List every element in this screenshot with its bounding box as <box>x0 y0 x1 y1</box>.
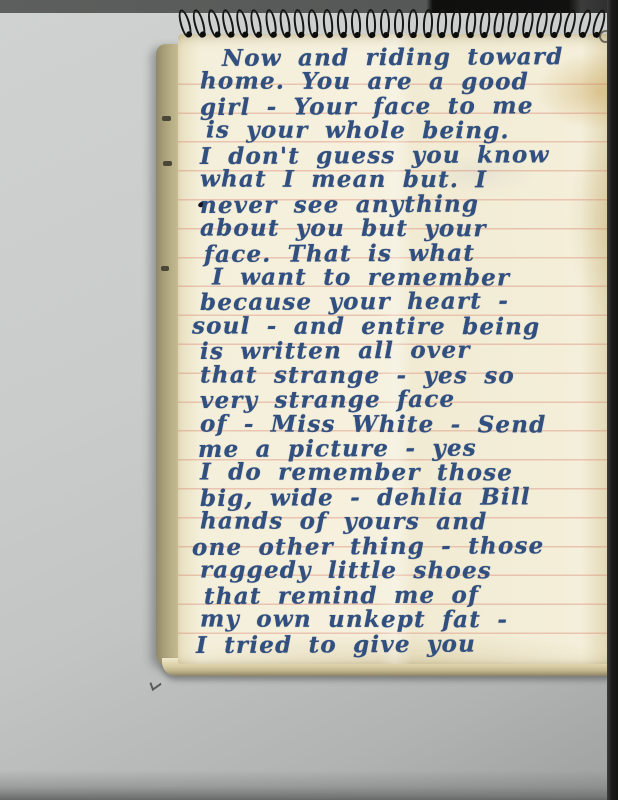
handwriting-line: what I mean but. I <box>192 168 604 194</box>
spiral-coil-icon <box>478 8 492 38</box>
handwriting-line: soul - and entire being <box>192 314 604 340</box>
spiral-coil-icon <box>394 9 404 38</box>
spiral-coil-icon <box>380 9 390 38</box>
spiral-coil-icon <box>322 9 334 39</box>
spiral-coil-icon <box>520 8 535 38</box>
handwriting-line: raggedy little shoes <box>192 559 604 585</box>
spiral-binding <box>180 6 608 46</box>
edge-mark <box>163 161 172 166</box>
spiral-coil-icon <box>422 9 433 38</box>
spiral-coil-icon <box>292 8 306 38</box>
spiral-coil-icon <box>506 8 521 38</box>
spiral-coil-icon <box>351 9 362 38</box>
spiral-coil-icon <box>464 9 477 39</box>
scanned-notebook-photo: Now and riding towardhome. You are a goo… <box>0 0 618 800</box>
spiral-coil-icon <box>220 8 236 38</box>
spiral-coil-icon <box>408 9 419 38</box>
spiral-coil-icon <box>562 8 579 39</box>
spiral-coil-icon <box>234 8 250 38</box>
handwriting-line: my own unkept fat - <box>192 608 604 634</box>
handwriting-text: Now and riding towardhome. You are a goo… <box>192 46 604 657</box>
handwriting-line: of - Miss White - Send <box>192 412 604 438</box>
handwriting-line: I tried to give you <box>192 631 604 658</box>
spiral-coil-icon <box>436 9 448 39</box>
handwriting-line: home. You are a good <box>192 70 604 96</box>
spiral-coil-icon <box>492 8 506 38</box>
spiral-coil-icon <box>336 9 348 39</box>
spiral-coil-icon <box>576 8 593 39</box>
spiral-coil-icon <box>263 8 278 38</box>
spiral-coil-icon <box>278 8 292 38</box>
scanner-bottom-shadow <box>0 770 618 800</box>
spiral-coil-icon <box>365 9 376 38</box>
spiral-coil-icon <box>205 8 222 39</box>
handwriting-line: I do remember those <box>192 461 604 487</box>
edge-mark <box>161 266 169 271</box>
spiral-coil-icon <box>548 8 564 38</box>
spiral-coil-icon <box>534 8 550 38</box>
spiral-coil-icon <box>307 9 320 39</box>
spiral-coil-icon <box>191 8 208 39</box>
notebook: Now and riding towardhome. You are a goo… <box>150 4 612 686</box>
edge-mark <box>162 116 171 121</box>
spiral-coil-icon <box>450 9 462 39</box>
spiral-coil-icon <box>249 8 264 38</box>
scanner-right-edge <box>607 0 618 800</box>
handwriting-line: about you but your <box>192 217 604 243</box>
notebook-page: Now and riding towardhome. You are a goo… <box>178 34 612 664</box>
handwriting-line: that strange - yes so <box>192 363 604 389</box>
